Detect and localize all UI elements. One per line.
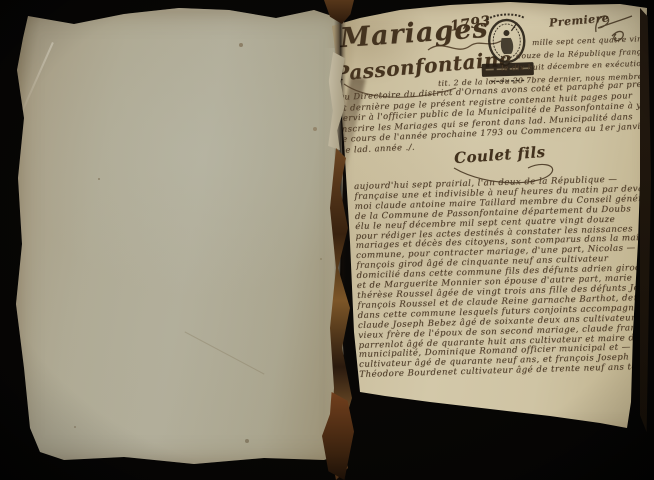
right-manuscript-page: Mariages 1793 Passonfontaine Premiere mi… [330, 2, 654, 436]
manuscript-line: mille sept cent quatre vingt [532, 34, 651, 47]
foxing-spots [14, 8, 16, 10]
revolutionary-fiscal-stamp-icon [477, 10, 538, 86]
page-stack-fore-edge [640, 8, 651, 432]
marriage-act-paragraph: aujourd'hui sept prairial, l'an deux de … [354, 175, 654, 381]
paper-crease [0, 42, 54, 224]
certification-paragraph: Du Directoire du district d'Ornans avons… [337, 79, 647, 156]
manuscript-book-scan: Mariages 1793 Passonfontaine Premiere mi… [0, 0, 654, 480]
left-blank-page [14, 8, 350, 466]
paper-crease [185, 331, 265, 374]
